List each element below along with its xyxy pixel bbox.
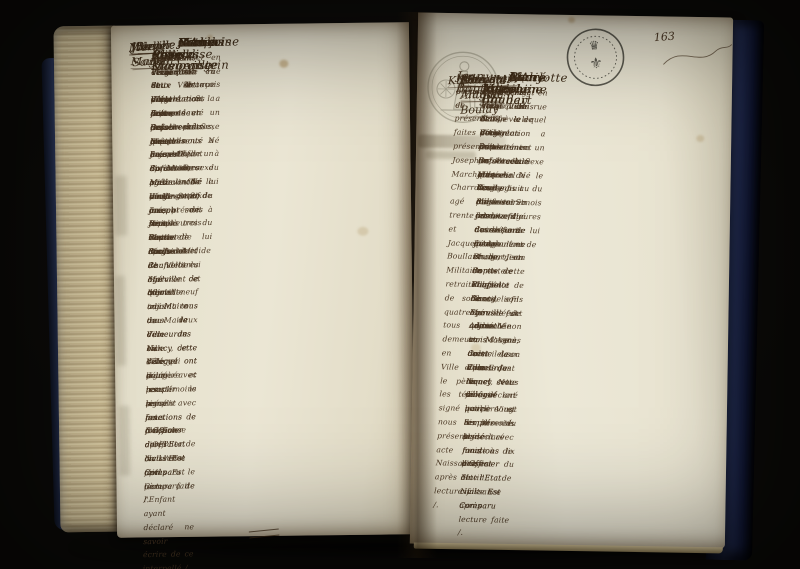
foxing-spot xyxy=(696,135,704,142)
crown-icon: ♛ xyxy=(588,38,600,53)
entry-text: son Epouse et auquel il a déclaré donner xyxy=(151,37,192,121)
fleur-de-lis-icon: ⚜ xyxy=(589,54,604,73)
official-ink-stamp-icon: ♛ ⚜ xyxy=(560,20,631,94)
ink-showthrough xyxy=(119,406,131,476)
left-page: L'An Mil huit cent Vingt deux le Vingt s… xyxy=(111,22,415,538)
pen-flourish-icon xyxy=(661,40,733,69)
right-page: 163 ♛ ⚜ les prénoms de Jean Baptiste les xyxy=(410,13,733,549)
photo-of-open-register-book: L'An Mil huit cent Vingt deux le Vingt s… xyxy=(0,0,800,569)
left-page-text: L'An Mil huit cent Vingt deux le Vingt s… xyxy=(126,34,398,39)
foxing-spot xyxy=(357,227,368,236)
ink-showthrough xyxy=(115,176,128,236)
foxing-spot xyxy=(279,60,288,68)
ink-showthrough xyxy=(115,276,126,366)
foxing-spot xyxy=(568,17,575,23)
